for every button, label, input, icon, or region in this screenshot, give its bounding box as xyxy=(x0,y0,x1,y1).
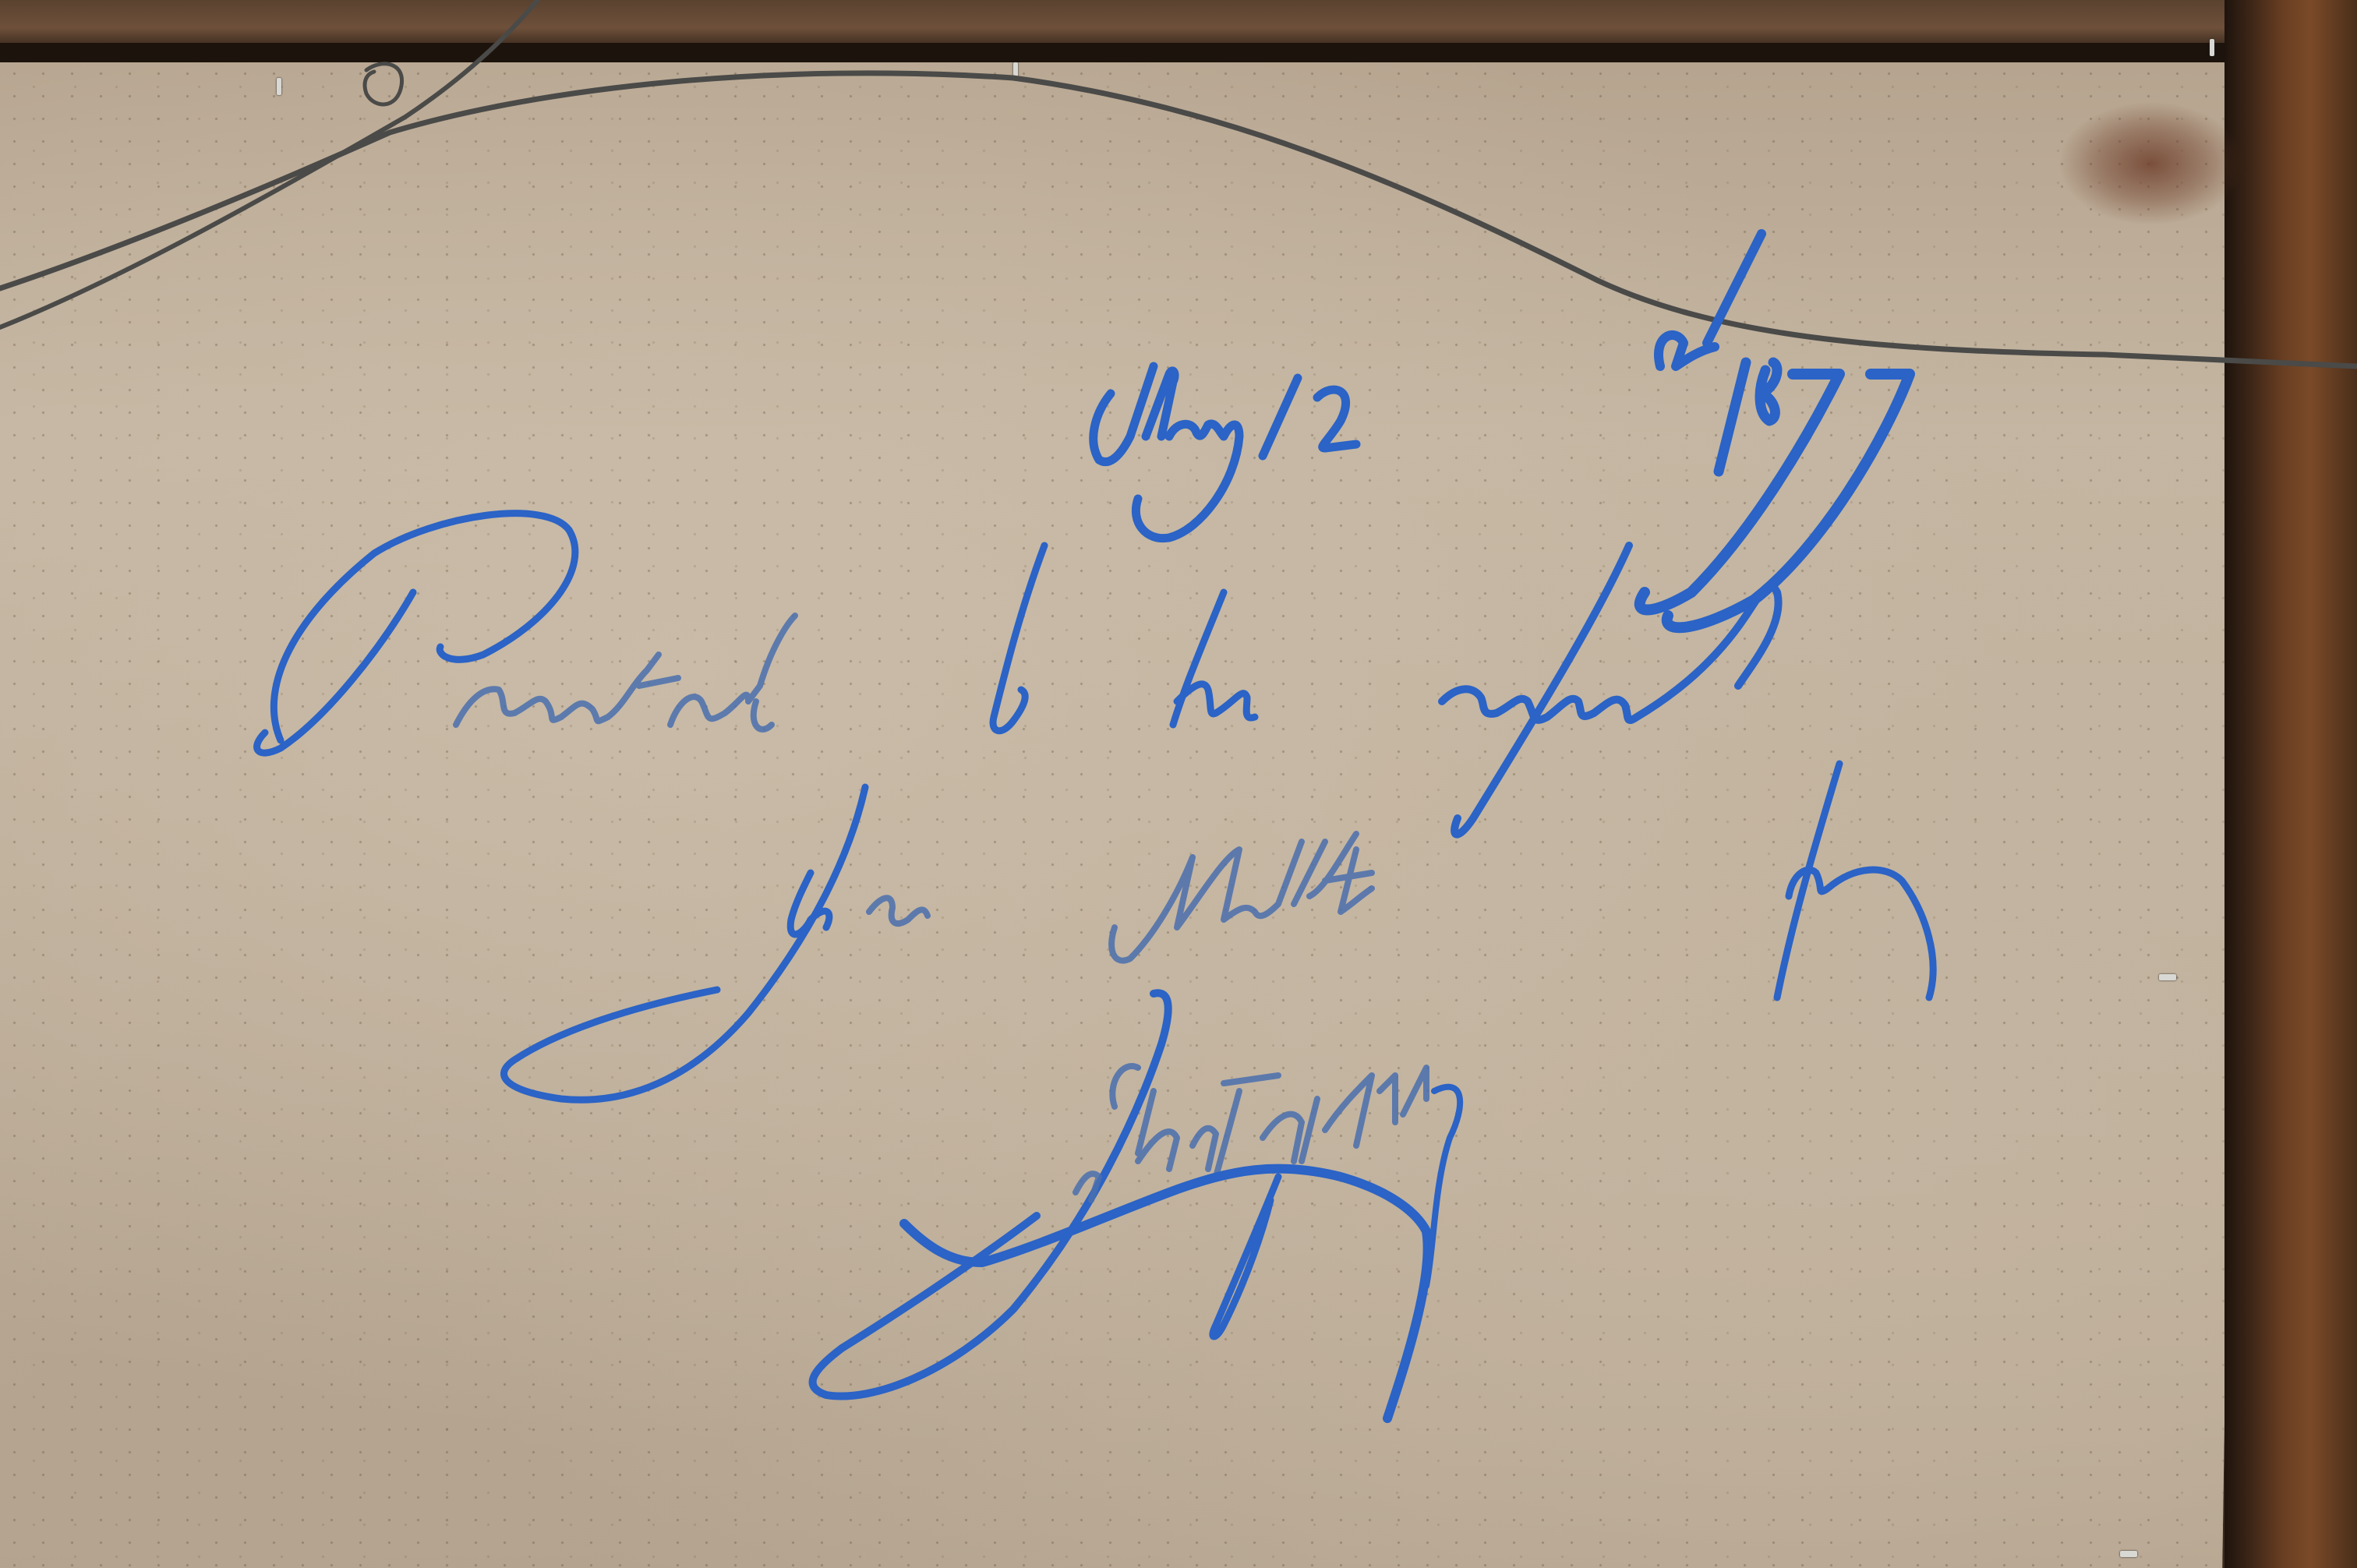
inscription-line-1 xyxy=(257,514,1779,835)
inscription-line-2 xyxy=(504,764,1934,1100)
hanging-wire xyxy=(0,0,2357,366)
date-line xyxy=(1094,234,1910,627)
inscription-overlay xyxy=(0,0,2357,1568)
signature xyxy=(813,993,1461,1418)
